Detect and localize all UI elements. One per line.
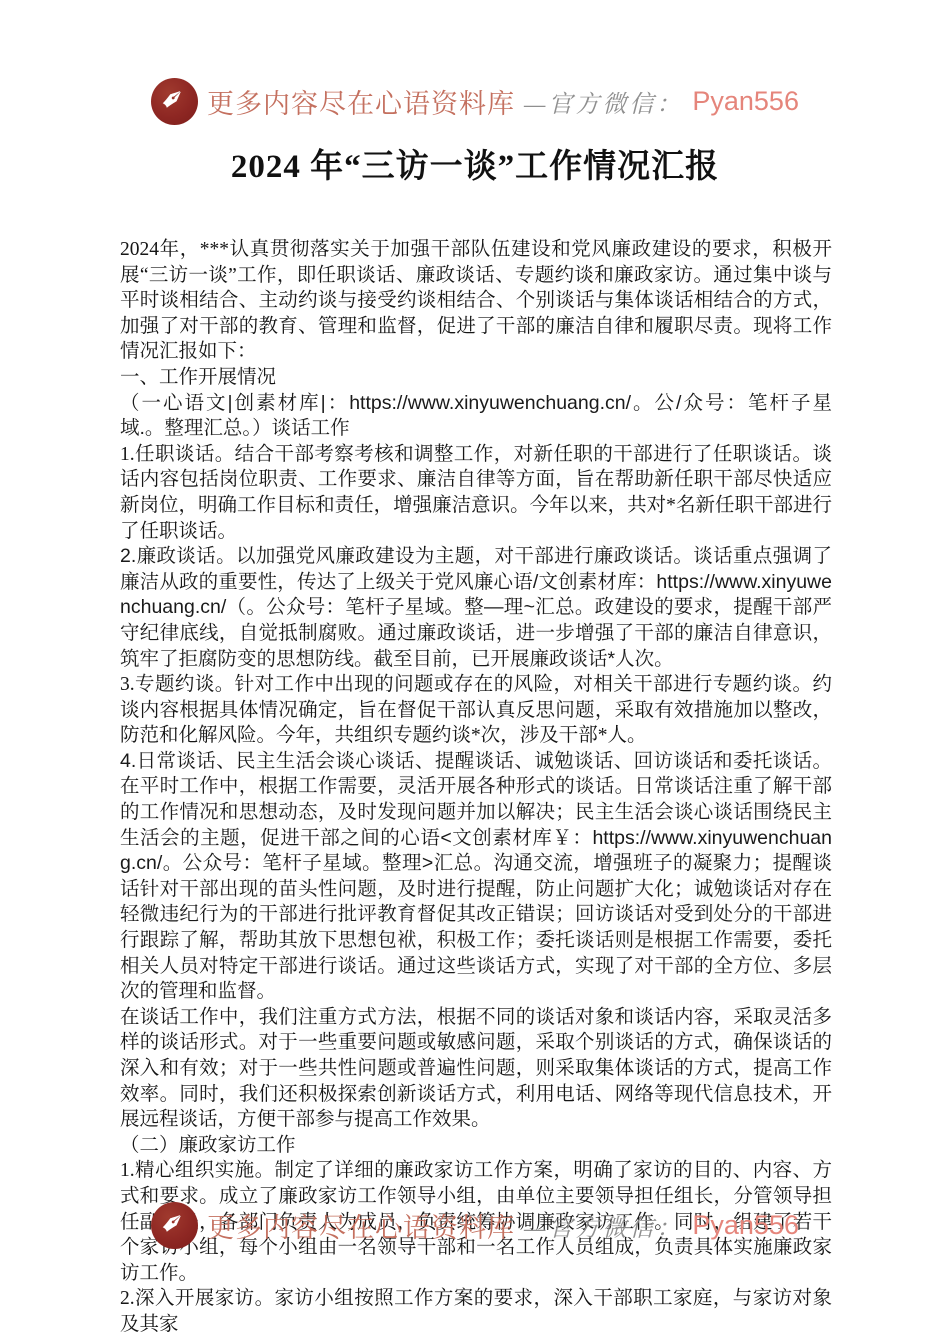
pen-nib-icon: ✒ <box>151 78 198 125</box>
watermark-site-text: 更多内容尽在心语资料库 <box>207 1206 515 1245</box>
paragraph-intro: 2024年，***认真贯彻落实关于加强干部队伍建设和党风廉政建设的要求，积极开展… <box>120 237 832 365</box>
watermark-wechat-id: Pyan556 <box>692 1210 799 1241</box>
footer-watermark: ✒ 更多内容尽在心语资料库 —官方微信： Pyan556 <box>0 1202 950 1249</box>
pen-nib-icon: ✒ <box>151 1202 198 1249</box>
paragraph-item-1: 1.任职谈话。结合干部考察考核和调整工作，对新任职的干部进行了任职谈话。谈话内容… <box>120 442 832 544</box>
watermark-wechat-id: Pyan556 <box>692 86 799 117</box>
heading-section-1: 一、工作开展情况 <box>120 365 832 391</box>
header-watermark: ✒ 更多内容尽在心语资料库 —官方微信： Pyan556 <box>0 78 950 125</box>
document-body: 2024年，***认真贯彻落实关于加强干部队伍建设和党风廉政建设的要求，积极开展… <box>120 237 832 1338</box>
paragraph-item-3: 3.专题约谈。针对工作中出现的问题或存在的风险，对相关干部进行专题约谈。约谈内容… <box>120 672 832 749</box>
paragraph-homevisit-2: 2.深入开展家访。家访小组按照工作方案的要求，深入干部职工家庭，与家访对象及其家 <box>120 1286 832 1337</box>
watermark-channel-text: —官方微信： <box>524 84 683 119</box>
heading-section-2: （二）廉政家访工作 <box>120 1133 832 1159</box>
watermark-channel-text: —官方微信： <box>524 1208 683 1243</box>
paragraph-item-4: 4.日常谈话、民主生活会谈心谈话、提醒谈话、诚勉谈话、回访谈话和委托谈话。在平时… <box>120 749 832 1005</box>
paragraph-item-2: 2.廉政谈话。以加强党风廉政建设为主题，对干部进行廉政谈话。谈话重点强调了廉洁从… <box>120 544 832 672</box>
paragraph-watermark-inline: （一心语文|创素材库|：https://www.xinyuwenchuang.c… <box>120 391 832 442</box>
watermark-site-text: 更多内容尽在心语资料库 <box>207 82 515 121</box>
document-title: 2024 年“三访一谈”工作情况汇报 <box>0 140 950 187</box>
paragraph-talk-methods: 在谈话工作中，我们注重方式方法，根据不同的谈话对象和谈话内容，采取灵活多样的谈话… <box>120 1005 832 1133</box>
